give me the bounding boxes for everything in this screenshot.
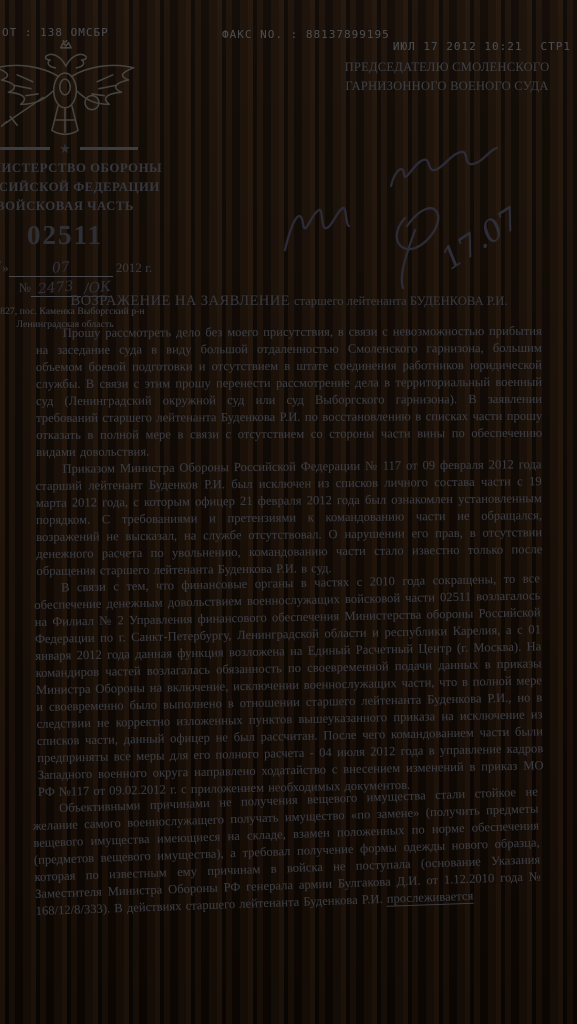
document-title-rest: старшего лейтенанта БУДЕНКОВА Р.И.	[294, 294, 508, 308]
paragraph-4-underlined-word: прослеживается	[387, 889, 474, 907]
fax-page-number: СТР1	[541, 40, 572, 53]
paragraph-4: Объективными причинами не получения веще…	[32, 783, 542, 920]
date-year: 2012 г.	[116, 260, 152, 275]
fax-sender: ОТ : 138 ОМСБР	[2, 26, 109, 39]
addressee-line-1: ПРЕДСЕДАТЕЛЮ СМОЛЕНСКОГО	[321, 58, 573, 77]
military-unit-number: 02511	[0, 220, 184, 251]
paragraph-2: Приказом Министра Обороны Российской Фед…	[35, 456, 542, 580]
org-name-line-1: МИНИСТЕРСТВО ОБОРОНЫ	[0, 159, 184, 178]
handwritten-resolution: 17.07	[265, 128, 535, 293]
star-divider: ★	[0, 142, 184, 155]
fax-datetime: ИЮЛ 17 2012 10:21	[393, 40, 523, 53]
date-month-blank: 07	[9, 260, 113, 277]
paragraph-1: Прошу рассмотреть дело без моего присутс…	[36, 323, 543, 461]
addressee-block: ПРЕДСЕДАТЕЛЮ СМОЛЕНСКОГО ГАРНИЗОННОГО ВО…	[321, 58, 573, 96]
divider-bar-right	[80, 147, 138, 150]
document-title: ВОЗРАЖЕНИЕ НА ЗАЯВЛЕНИЕ старшего лейтена…	[36, 292, 542, 310]
org-name-line-2: РОССИЙСКОЙ ФЕДЕРАЦИИ	[0, 178, 184, 197]
paragraph-3: В связи с тем, что финансовые органы в ч…	[34, 570, 544, 801]
number-label: №	[19, 280, 31, 295]
photo-background-wood: { "colors": { "paper": "#b8bbb1", "print…	[0, 0, 577, 1024]
ministry-of-defense-eagle-emblem-icon	[0, 40, 140, 140]
document-page: ОТ : 138 ОМСБР ФАКС NO. : 88137899195 ИЮ…	[0, 0, 577, 1024]
document-date-line: «17»07 2012 г.	[0, 260, 184, 277]
addressee-line-2: ГАРНИЗОННОГО ВОЕНОГО СУДА	[321, 77, 573, 96]
document-body: ВОЗРАЖЕНИЕ НА ЗАЯВЛЕНИЕ старшего лейтена…	[36, 292, 542, 920]
signature-stroke	[397, 208, 438, 288]
star-icon: ★	[59, 142, 71, 155]
fax-number: ФАКС NO. : 88137899195	[222, 28, 390, 41]
handwritten-date: 17.07	[435, 201, 527, 278]
handwritten-month: 07	[51, 259, 70, 276]
handwriting-scribble-word	[285, 208, 349, 250]
org-name-line-3: ВОЙСКОВАЯ ЧАСТЬ	[0, 197, 184, 216]
handwriting-scribble-note	[391, 148, 497, 186]
letterhead: ★ МИНИСТЕРСТВО ОБОРОНЫ РОССИЙСКОЙ ФЕДЕРА…	[0, 40, 184, 331]
divider-bar-left	[0, 147, 50, 150]
document-title-main: ВОЗРАЖЕНИЕ НА ЗАЯВЛЕНИЕ	[70, 293, 290, 309]
fax-datetime-row: ИЮЛ 17 2012 10:21 СТР1	[393, 40, 571, 53]
